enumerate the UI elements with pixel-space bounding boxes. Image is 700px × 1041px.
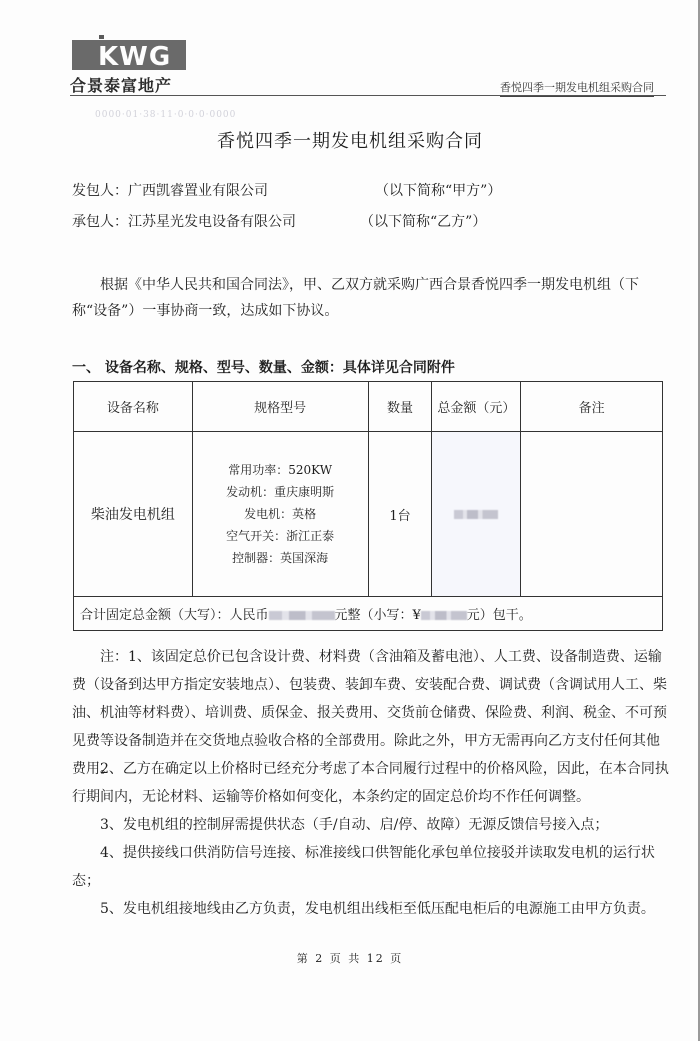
total-prefix: 合计固定总金额（大写）：人民币	[80, 608, 269, 623]
party-name: 江苏星光发电设备有限公司	[128, 214, 296, 230]
total-amount-cell: 合计固定总金额（大写）：人民币元整（小写：¥元）包干。	[74, 597, 663, 631]
table-row: 柴油发电机组 常用功率：520KW 发动机：重庆康明斯 发电机：英格 空气开关：…	[74, 432, 663, 597]
spec-line: 发动机：重庆康明斯	[193, 481, 368, 503]
col-header-remark: 备注	[521, 382, 663, 432]
equipment-name: 柴油发电机组	[74, 432, 193, 597]
equipment-amount	[432, 432, 521, 597]
col-header-quantity: 数量	[368, 382, 432, 432]
note-2: 2、乙方在确定以上价格时已经充分考虑了本合同履行过程中的价格风险，因此，在本合同…	[72, 755, 672, 811]
note-3: 3、发电机组的控制屏需提供状态（手/自动、启/停、故障）无源反馈信号接入点；	[72, 811, 672, 839]
total-mid: 元整（小写：¥	[335, 608, 421, 623]
equipment-table: 设备名称 规格型号 数量 总金额（元） 备注 柴油发电机组 常用功率：520KW…	[73, 381, 663, 631]
redacted-lower-amount	[421, 611, 467, 620]
party-contractor-alias: （以下简称“乙方”）	[360, 211, 486, 231]
equipment-remark	[521, 432, 663, 597]
document-title: 香悦四季一期发电机组采购合同	[0, 127, 700, 153]
bleed-through-text: 0000·01·38·11·0·0·0·0000	[95, 110, 236, 120]
header-divider	[70, 95, 666, 96]
company-logo: KWG 合景泰富地产	[70, 34, 186, 94]
logo-company-name: 合景泰富地产	[70, 73, 172, 96]
equipment-spec: 常用功率：520KW 发动机：重庆康明斯 发电机：英格 空气开关：浙江正泰 控制…	[192, 432, 368, 597]
party-employer: 发包人：广西凯睿置业有限公司	[72, 180, 268, 200]
logo-letters: KWG	[98, 40, 171, 70]
table-header-row: 设备名称 规格型号 数量 总金额（元） 备注	[74, 382, 663, 432]
col-header-spec: 规格型号	[192, 382, 368, 432]
equipment-quantity: 1台	[368, 432, 432, 597]
spec-line: 常用功率：520KW	[193, 459, 368, 481]
party-employer-alias: （以下简称“甲方”）	[375, 180, 501, 200]
redacted-amount	[454, 510, 498, 519]
intro-paragraph: 根据《中华人民共和国合同法》，甲、乙双方就采购广西合景香悦四季一期发电机组（下称…	[72, 272, 672, 324]
table-total-row: 合计固定总金额（大写）：人民币元整（小写：¥元）包干。	[74, 597, 663, 631]
total-suffix: 元）包干。	[467, 608, 532, 623]
col-header-name: 设备名称	[74, 382, 193, 432]
spec-line: 空气开关：浙江正泰	[193, 525, 368, 547]
note-5: 5、发电机组接地线由乙方负责，发电机组出线柜至低压配电柜后的电源施工由甲方负责。	[72, 895, 672, 923]
spec-line: 发电机：英格	[193, 503, 368, 525]
party-contractor: 承包人：江苏星光发电设备有限公司	[72, 211, 296, 231]
party-name: 广西凯睿置业有限公司	[128, 183, 268, 199]
redacted-upper-amount	[269, 611, 335, 620]
section-1-heading: 一、 设备名称、规格、型号、数量、金额：具体详见合同附件	[72, 357, 455, 377]
col-header-amount: 总金额（元）	[432, 382, 521, 432]
spec-line: 控制器：英国深海	[193, 547, 368, 569]
note-4: 4、提供接线口供消防信号连接、标准接线口供智能化承包单位接驳并读取发电机的运行状…	[72, 839, 672, 895]
party-role: 发包人：	[72, 183, 128, 199]
party-role: 承包人：	[72, 214, 128, 230]
page-number: 第 2 页 共 12 页	[0, 950, 700, 966]
